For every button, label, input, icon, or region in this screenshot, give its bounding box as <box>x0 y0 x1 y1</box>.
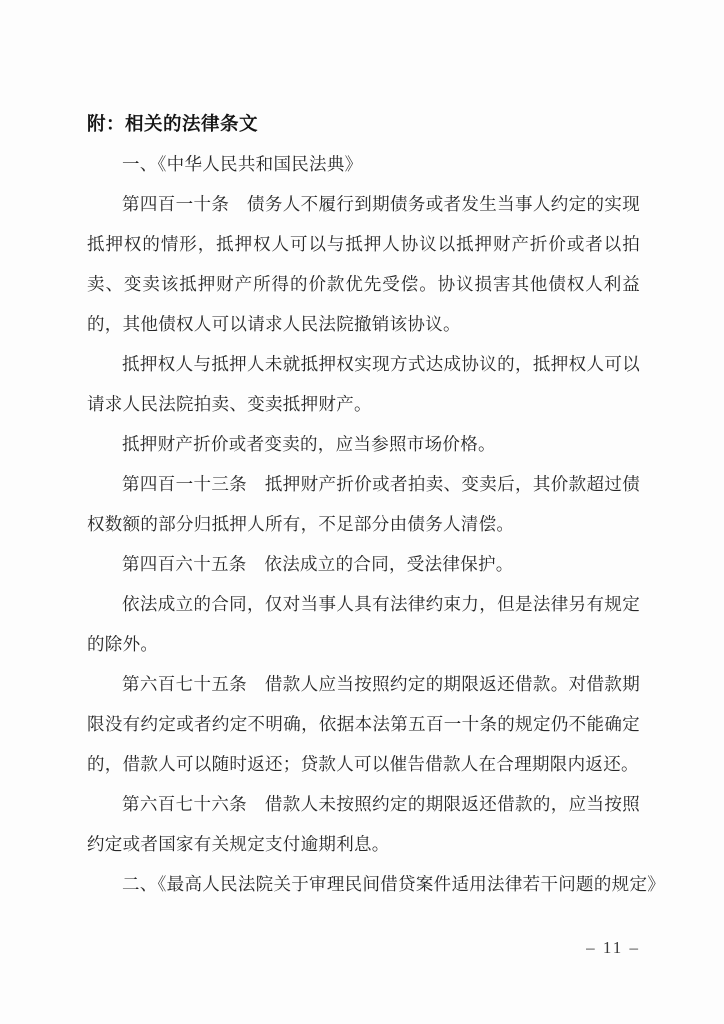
law-article-676-paragraph: 第六百七十六条 借款人未按照约定的期限返还借款的，应当按照约定或者国家有关规定支… <box>87 784 640 864</box>
document-heading: 附：相关的法律条文 <box>87 104 640 144</box>
law-article-465-paragraph-2: 依法成立的合同，仅对当事人具有法律约束力，但是法律另有规定的除外。 <box>87 584 640 664</box>
law-article-410-paragraph: 第四百一十条 债务人不履行到期债务或者发生当事人约定的实现抵押权的情形，抵押权人… <box>87 184 640 344</box>
law-article-410-paragraph-3: 抵押财产折价或者变卖的，应当参照市场价格。 <box>87 424 640 464</box>
law-article-410-paragraph-2: 抵押权人与抵押人未就抵押权实现方式达成协议的，抵押权人可以请求人民法院拍卖、变卖… <box>87 344 640 424</box>
document-content: 附：相关的法律条文 一、《中华人民共和国民法典》 第四百一十条 债务人不履行到期… <box>0 0 724 904</box>
law-article-675-paragraph: 第六百七十五条 借款人应当按照约定的期限返还借款。对借款期限没有约定或者约定不明… <box>87 664 640 784</box>
section-1-title: 一、《中华人民共和国民法典》 <box>87 144 640 184</box>
law-article-465-paragraph: 第四百六十五条 依法成立的合同，受法律保护。 <box>87 544 640 584</box>
document-page: 附：相关的法律条文 一、《中华人民共和国民法典》 第四百一十条 债务人不履行到期… <box>0 0 724 1024</box>
section-2-title: 二、《最高人民法院关于审理民间借贷案件适用法律若干问题的规定》 <box>87 864 640 904</box>
page-number: – 11 – <box>586 938 640 958</box>
law-article-413-paragraph: 第四百一十三条 抵押财产折价或者拍卖、变卖后，其价款超过债权数额的部分归抵押人所… <box>87 464 640 544</box>
